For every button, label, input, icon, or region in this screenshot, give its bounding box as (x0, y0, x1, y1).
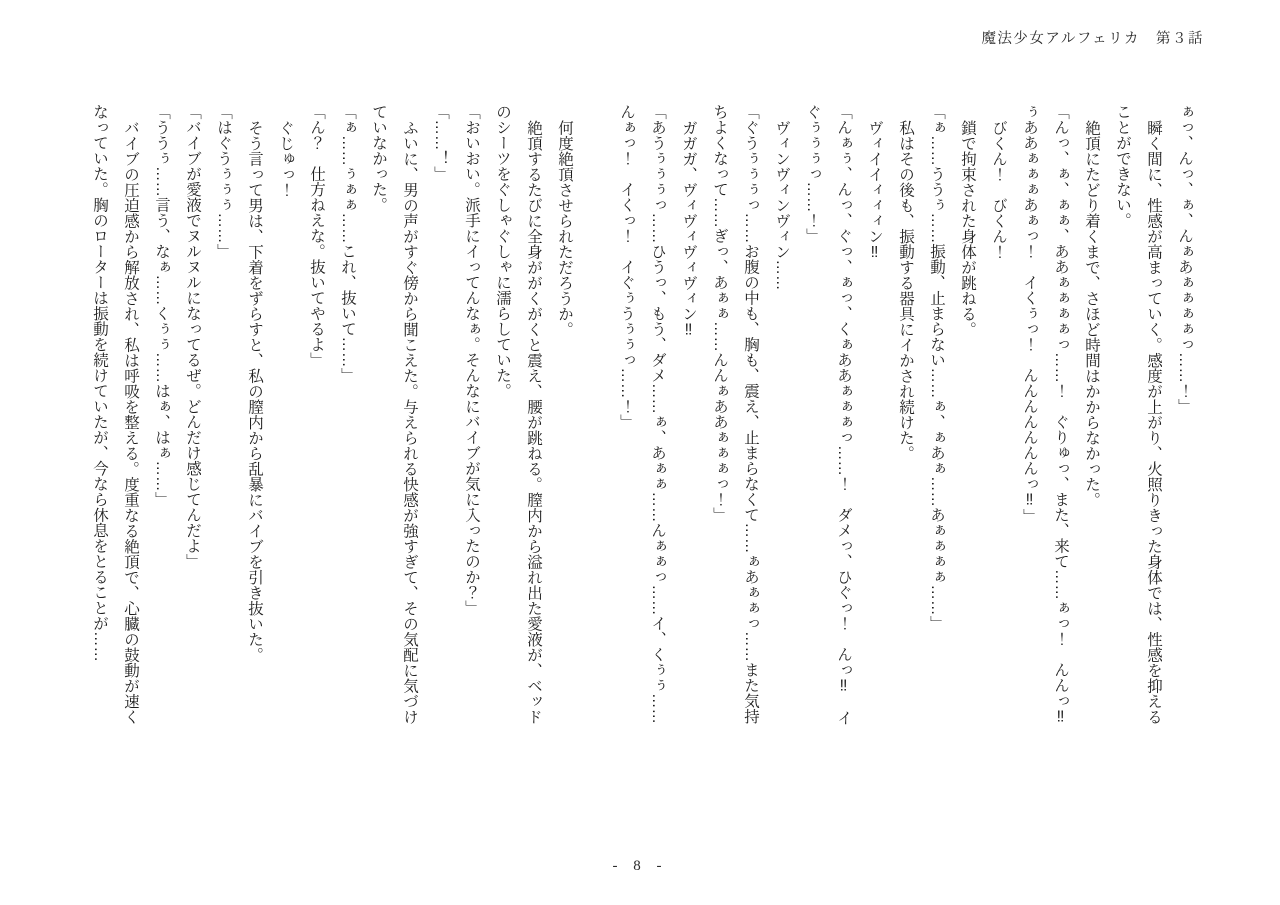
paragraph: ぁっ、んっ、ぁ、んぁあぁぁぁぁっ……！」 (1169, 104, 1200, 729)
text-block: ぁっ、んっ、ぁ、んぁあぁぁぁぁっ……！」瞬く間に、性感が高まっていく。感度が上が… (84, 104, 1200, 729)
paragraph: ヴィンヴィンヴィン…… (766, 104, 797, 729)
paragraph: 「ぁ……ぅぁぁ……これ、抜いて……」 (332, 104, 363, 729)
paragraph: ヴィイイィィィン‼ (859, 104, 890, 729)
paragraph: 「……！」 (425, 104, 456, 729)
paragraph: 絶頂するたびに全身ががくがくと震え、腰が跳ねる。膣内から溢れ出た愛液が、ベッドの… (487, 104, 549, 729)
paragraph: 私はその後も、振動する器具にイかされ続けた。 (890, 104, 921, 729)
paragraph: 「んっ、ぁ、ぁぁ、ああぁぁぁぁっ……！ ぐりゅっ、また、来て……ぁっ！ んんっ‼… (1014, 104, 1076, 729)
paragraph: バイブの圧迫感から解放され、私は呼吸を整える。度重なる絶頂で、心臓の鼓動が速くな… (84, 104, 146, 729)
page-number: - 8 - (0, 858, 1280, 875)
paragraph: 「おいおい。派手にイってんなぁ。そんなにバイブが気に入ったのか？」 (456, 104, 487, 729)
paragraph: ガガガ、ヴィヴィヴィヴィン‼ (673, 104, 704, 729)
paragraph: びくん！ びくん！ (983, 104, 1014, 729)
paragraph: 「ぐうぅぅぅっ……お腹の中も、胸も、震え、止まらなくて……ぁあぁぁっ……また気持… (704, 104, 766, 729)
document-title: 魔法少女アルフェリカ 第３話 (981, 27, 1204, 48)
paragraph: 何度絶頂させられただろうか。 (549, 104, 580, 729)
paragraph: ふいに、男の声がすぐ傍から聞こえた。与えられる快感が強すぎて、その気配に気づけて… (363, 104, 425, 729)
paragraph: 「ぁ……ううぅ……振動、止まらない……ぁ、ぁあぁ……あぁぁぁぁ……」 (921, 104, 952, 729)
document-page: 魔法少女アルフェリカ 第３話 ぁっ、んっ、ぁ、んぁあぁぁぁぁっ……！」瞬く間に、… (0, 0, 1280, 905)
paragraph: 鎖で拘束された身体が跳ねる。 (952, 104, 983, 729)
paragraph: 絶頂にたどり着くまで、さほど時間はかからなかった。 (1076, 104, 1107, 729)
paragraph: 「ううぅ……言う、なぁ……くぅぅ……はぁ、はぁ……」 (146, 104, 177, 729)
paragraph: 「はぐうぅぅぅ……」 (208, 104, 239, 729)
paragraph: そう言って男は、下着をずらすと、私の膣内から乱暴にバイブを引き抜いた。 (239, 104, 270, 729)
paragraph: 「バイブが愛液でヌルヌルになってるぜ。どんだけ感じてんだよ」 (177, 104, 208, 729)
paragraph: 瞬く間に、性感が高まっていく。感度が上がり、火照りきった身体では、性感を抑えるこ… (1107, 104, 1169, 729)
paragraph: 「んぁぅ、んっ、ぐっ、ぁっ、くぁああぁぁぁっ……！ ダメっ、ひぐっ！ んっ‼ イ… (797, 104, 859, 729)
paragraph: 「あうぅぅぅっ……ひうっ、もう、ダメ……ぁ、あぁぁ……んぁぁっ……イ、くぅぅ……… (611, 104, 673, 729)
paragraph: 「ん？ 仕方ねえな。抜いてやるよ」 (301, 104, 332, 729)
paragraph: ぐじゅっ！ (270, 104, 301, 729)
